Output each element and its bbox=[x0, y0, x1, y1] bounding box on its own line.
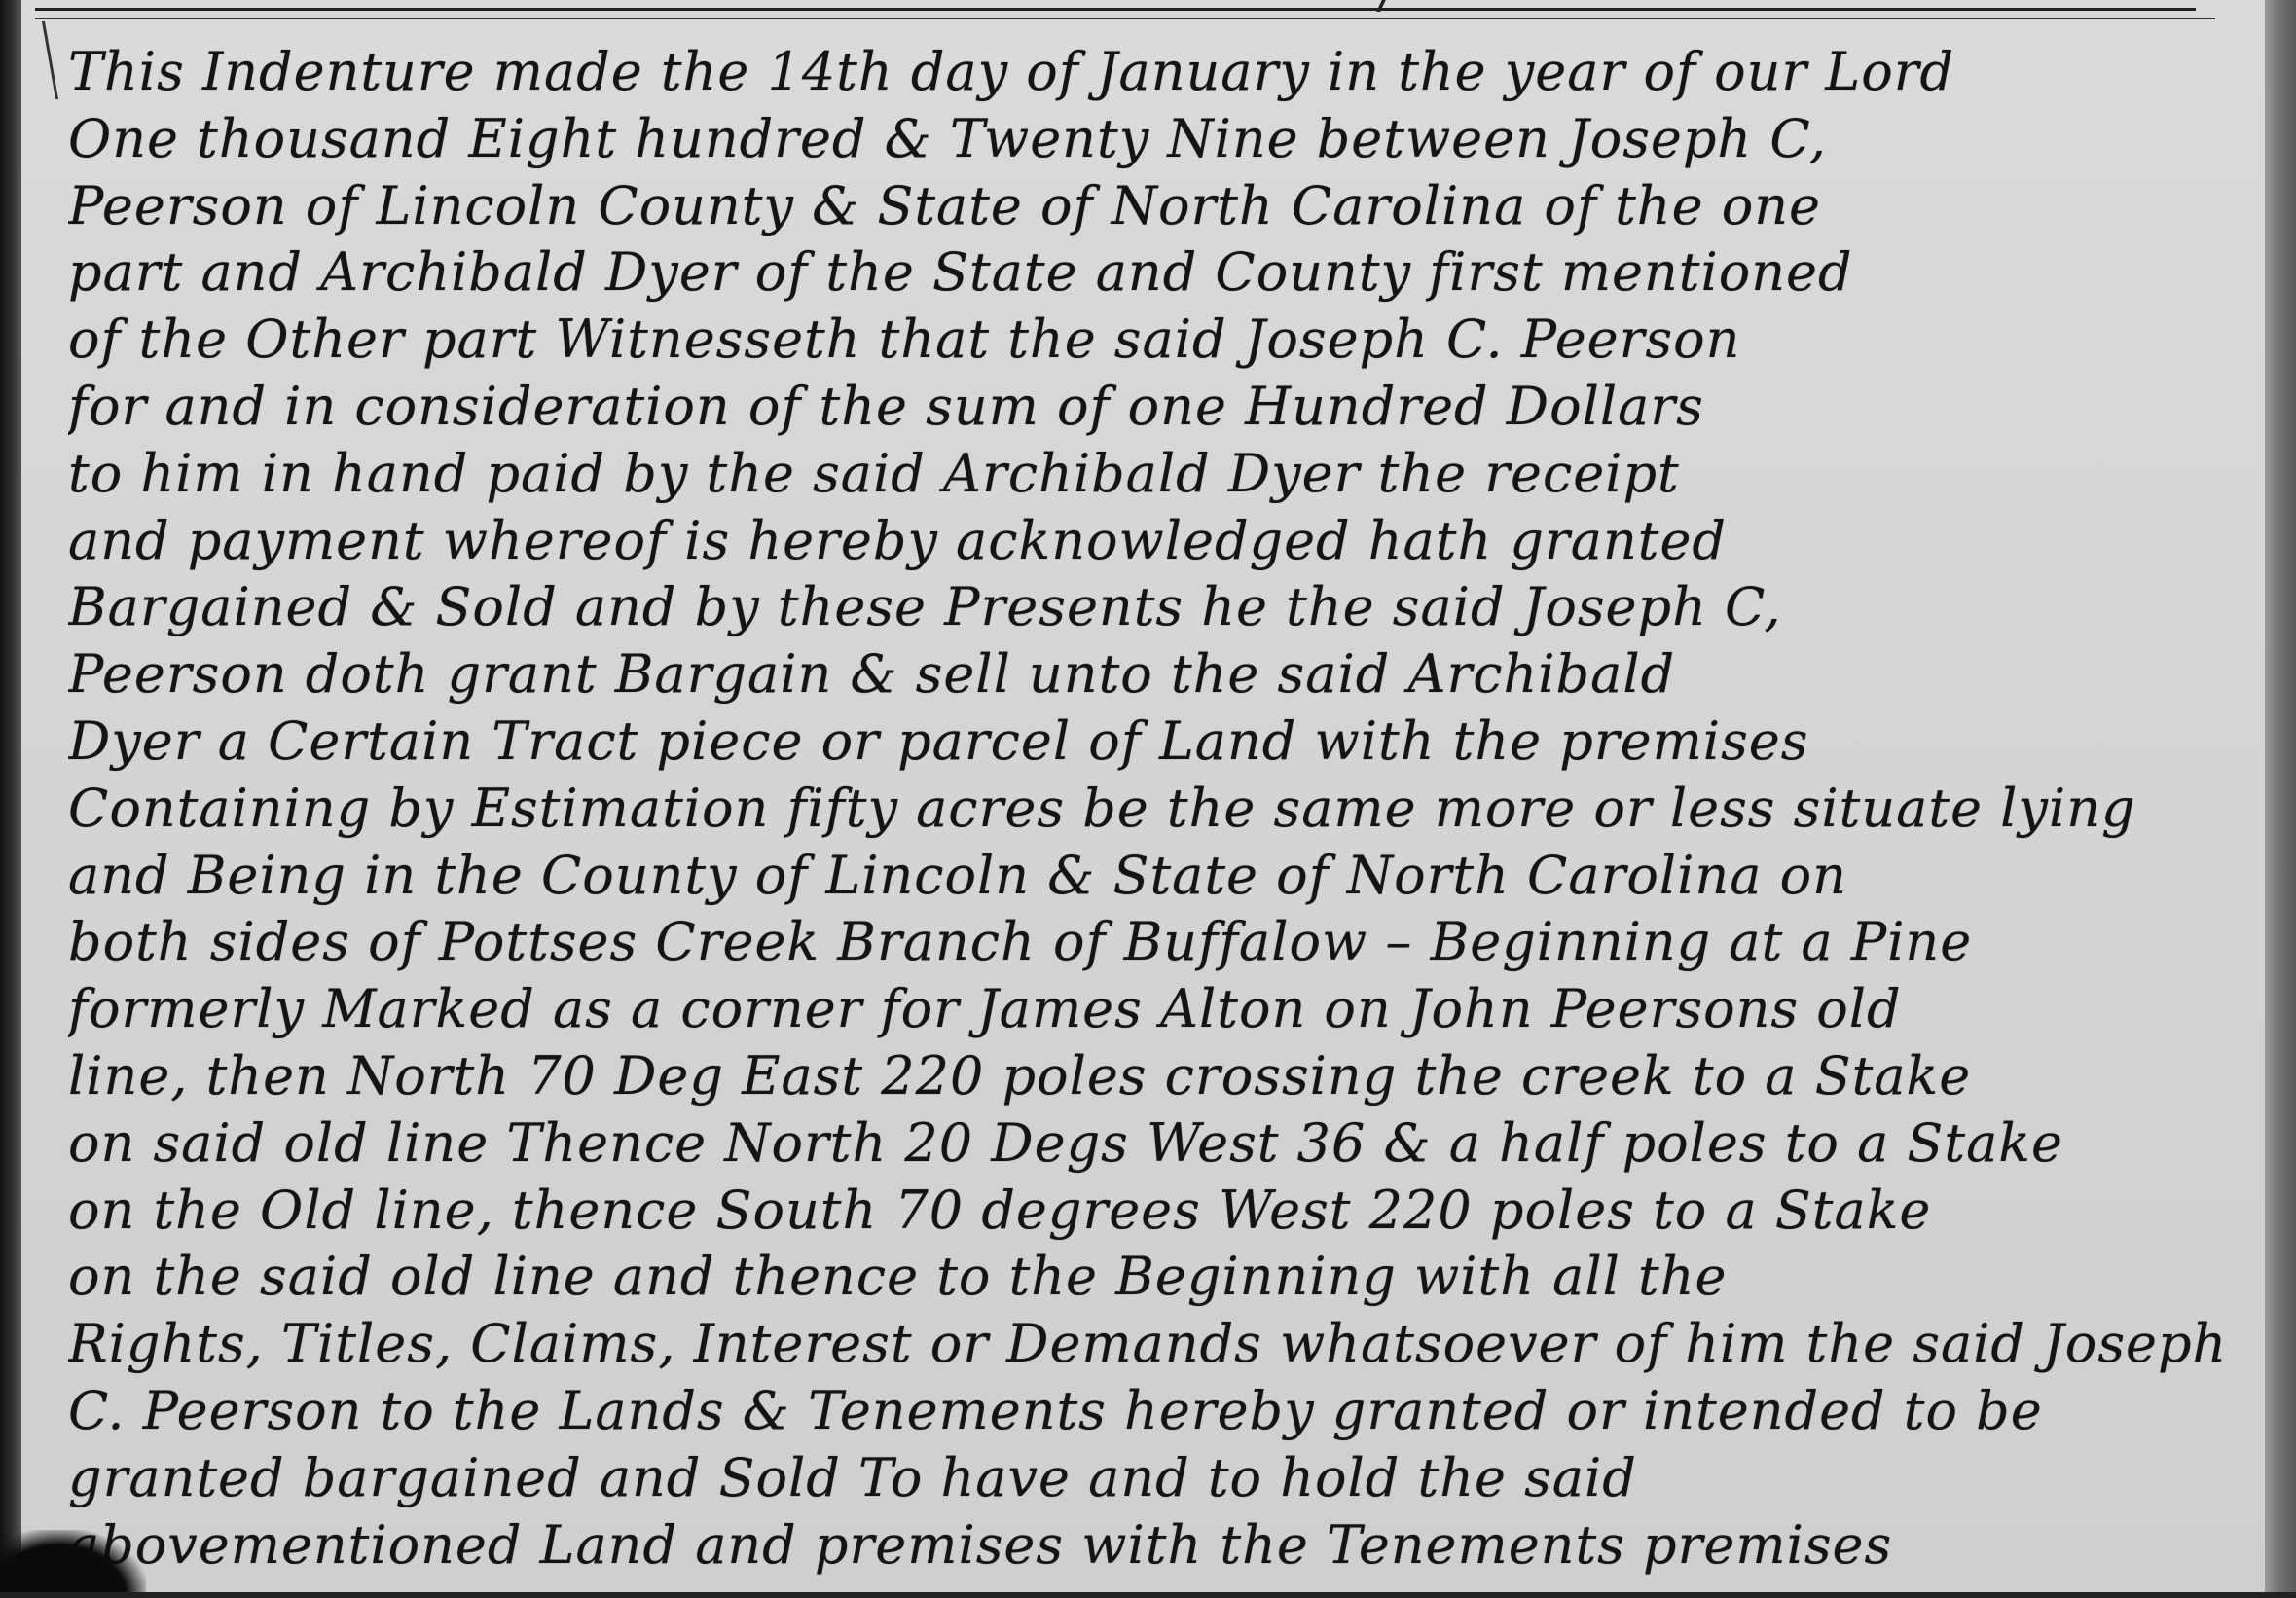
text-line: granted bargained and Sold To have and t… bbox=[68, 1445, 2258, 1512]
text-line: both sides of Pottses Creek Branch of Bu… bbox=[68, 909, 2258, 976]
book-binding-edge bbox=[0, 0, 21, 1598]
text-line: C. Peerson to the Lands & Tenements here… bbox=[68, 1378, 2258, 1445]
margin-mark bbox=[42, 21, 63, 99]
text-line: Rights, Titles, Claims, Interest or Dema… bbox=[68, 1311, 2258, 1378]
text-line: and Being in the County of Lincoln & Sta… bbox=[68, 843, 2258, 910]
text-line: of the Other part Witnesseth that the sa… bbox=[68, 307, 2258, 374]
ledger-page: This Indenture made the 14th day of Janu… bbox=[21, 0, 2265, 1594]
text-line: for and in consideration of the sum of o… bbox=[68, 374, 2258, 441]
text-line: line, then North 70 Deg East 220 poles c… bbox=[68, 1043, 2258, 1110]
header-rule-top bbox=[35, 8, 2196, 11]
deed-text: This Indenture made the 14th day of Janu… bbox=[68, 39, 2258, 1579]
page-right-edge bbox=[2265, 0, 2296, 1598]
scanned-document: This Indenture made the 14th day of Janu… bbox=[0, 0, 2296, 1598]
text-line: abovementioned Land and premises with th… bbox=[68, 1512, 2258, 1580]
page-bottom-edge bbox=[0, 1592, 2296, 1598]
text-line: Peerson doth grant Bargain & sell unto t… bbox=[68, 641, 2258, 708]
text-line: on said old line Thence North 20 Degs We… bbox=[68, 1110, 2258, 1178]
text-line: This Indenture made the 14th day of Janu… bbox=[68, 39, 2258, 106]
text-line: on the said old line and thence to the B… bbox=[68, 1244, 2258, 1311]
text-line: formerly Marked as a corner for James Al… bbox=[68, 976, 2258, 1043]
text-line: Peerson of Lincoln County & State of Nor… bbox=[68, 173, 2258, 240]
corner-shadow bbox=[0, 1530, 146, 1598]
text-line: and payment whereof is hereby acknowledg… bbox=[68, 508, 2258, 575]
text-line: One thousand Eight hundred & Twenty Nine… bbox=[68, 106, 2258, 173]
text-line: Bargained & Sold and by these Presents h… bbox=[68, 574, 2258, 641]
text-line: Containing by Estimation fifty acres be … bbox=[68, 776, 2258, 843]
text-line: to him in hand paid by the said Archibal… bbox=[68, 441, 2258, 508]
header-rule-bottom bbox=[35, 18, 2215, 19]
text-line: Dyer a Certain Tract piece or parcel of … bbox=[68, 708, 2258, 776]
text-line: on the Old line, thence South 70 degrees… bbox=[68, 1178, 2258, 1245]
text-line: part and Archibald Dyer of the State and… bbox=[68, 239, 2258, 307]
